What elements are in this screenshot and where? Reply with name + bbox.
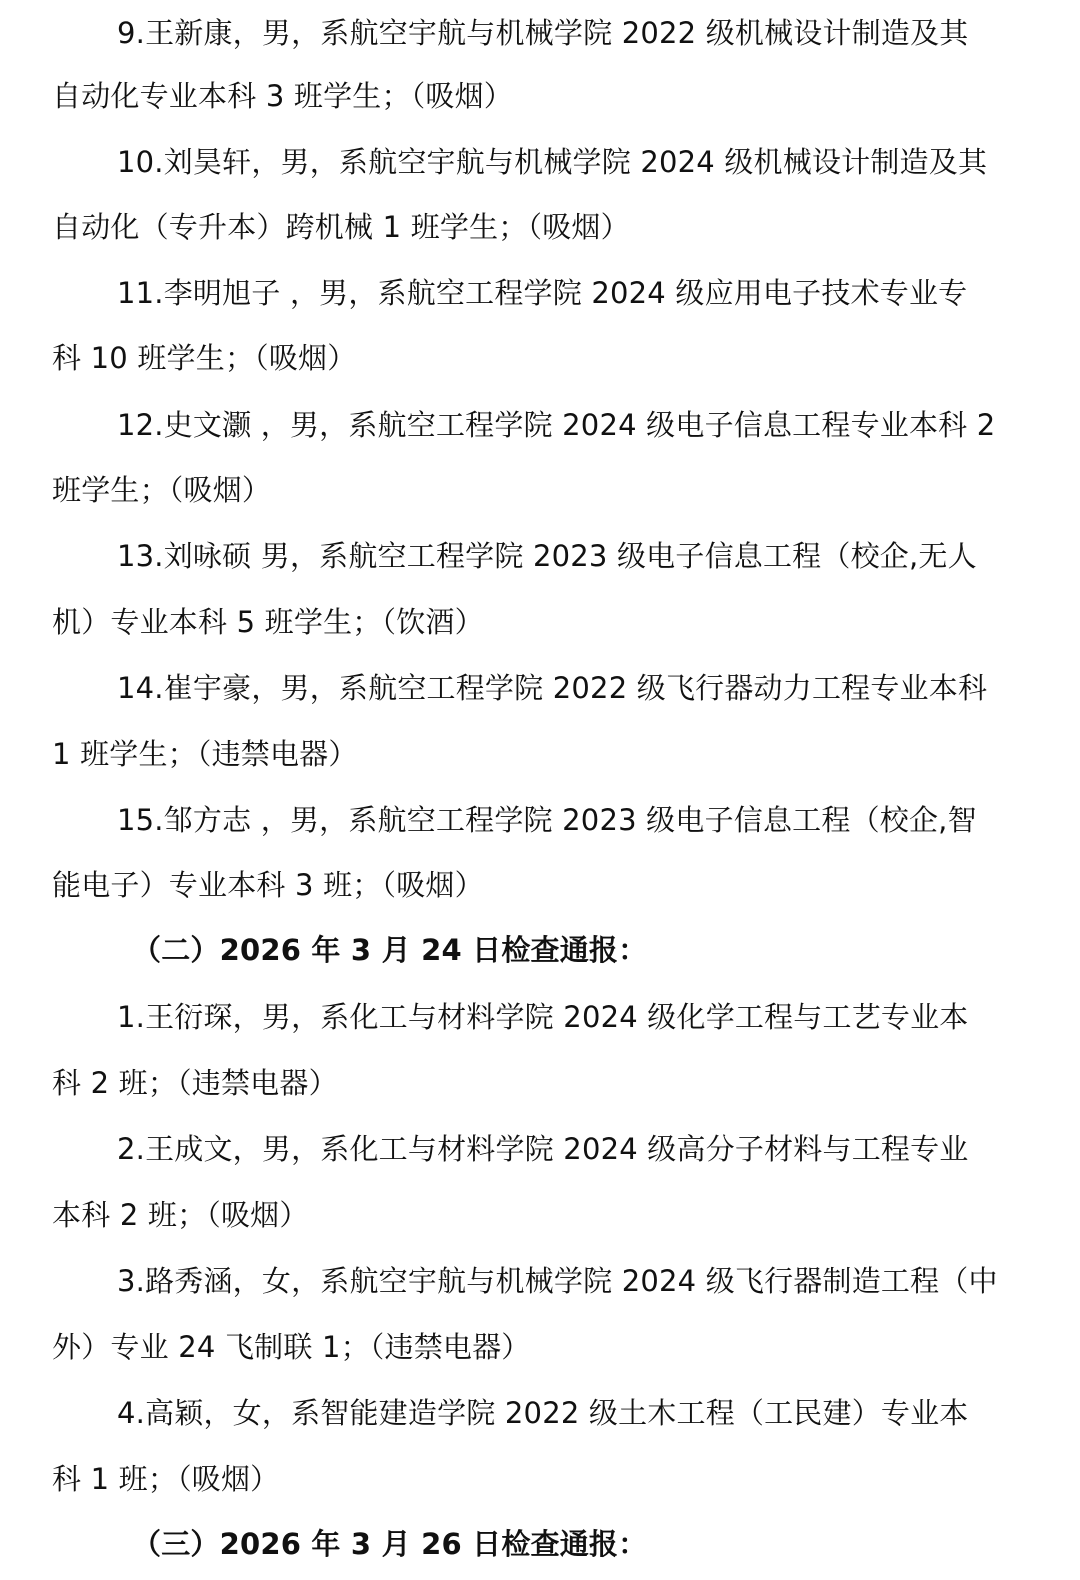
entry-12-line-2: 班学生；（吸烟） — [52, 457, 271, 523]
entry-15-line-1: 15.邹方志 ，男，系航空工程学院 2023 级电子信息工程（校企,智 — [117, 787, 977, 853]
entry-13-line-1: 13.刘咏硕 男，系航空工程学院 2023 级电子信息工程（校企,无人 — [117, 523, 977, 589]
entry-11-line-2: 科 10 班学生；（吸烟） — [52, 325, 356, 391]
entry-10-line-2: 自动化（专升本）跨机械 1 班学生；（吸烟） — [52, 194, 630, 260]
entry-11-line-1: 11.李明旭子 ，男，系航空工程学院 2024 级应用电子技术专业专 — [117, 260, 967, 326]
s2-entry-4-line-2: 科 1 班；（吸烟） — [52, 1446, 279, 1512]
entry-9-line-1: 9.王新康，男，系航空宇航与机械学院 2022 级机械设计制造及其 — [117, 0, 969, 66]
entry-15-line-2: 能电子）专业本科 3 班；（吸烟） — [52, 852, 484, 918]
s2-entry-3-line-2: 外）专业 24 飞制联 1；（违禁电器） — [52, 1314, 531, 1380]
section-heading-march-26: （三）2026 年 3 月 26 日检查通报： — [132, 1511, 647, 1577]
entry-10-line-1: 10.刘昊轩，男，系航空宇航与机械学院 2024 级机械设计制造及其 — [117, 129, 987, 195]
s2-entry-3-line-1: 3.路秀涵，女，系航空宇航与机械学院 2024 级飞行器制造工程（中 — [117, 1248, 998, 1314]
s2-entry-2-line-1: 2.王成文，男，系化工与材料学院 2024 级高分子材料与工程专业 — [117, 1116, 969, 1182]
entry-14-line-2: 1 班学生；（违禁电器） — [52, 721, 358, 787]
section-heading-march-24: （二）2026 年 3 月 24 日检查通报： — [132, 917, 647, 983]
s2-entry-1-line-2: 科 2 班；（违禁电器） — [52, 1050, 338, 1116]
s2-entry-4-line-1: 4.高颖，女，系智能建造学院 2022 级土木工程（工民建）专业本 — [117, 1380, 969, 1446]
s2-entry-2-line-2: 本科 2 班；（吸烟） — [52, 1182, 309, 1248]
entry-13-line-2: 机）专业本科 5 班学生；（饮酒） — [52, 589, 484, 655]
entry-12-line-1: 12.史文灏 ，男，系航空工程学院 2024 级电子信息工程专业本科 2 — [117, 392, 995, 458]
entry-9-line-2: 自动化专业本科 3 班学生；（吸烟） — [52, 63, 513, 129]
entry-14-line-1: 14.崔宇豪，男，系航空工程学院 2022 级飞行器动力工程专业本科 — [117, 655, 987, 721]
s2-entry-1-line-1: 1.王衍琛，男，系化工与材料学院 2024 级化学工程与工艺专业本 — [117, 984, 969, 1050]
